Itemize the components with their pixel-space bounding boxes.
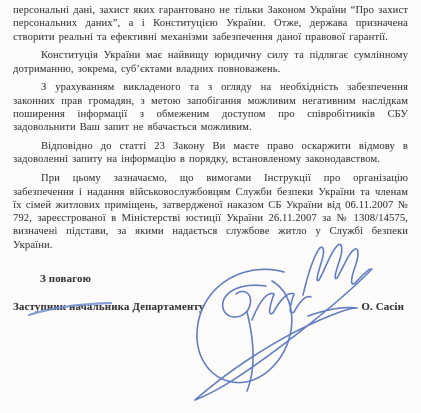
- scanned-letter-page: персональні дані, захист яких гарантован…: [0, 0, 421, 413]
- signer-title: Заступник начальника Департаменту: [13, 301, 204, 313]
- body-paragraph: Конституція України має найвищу юридичну…: [13, 49, 408, 76]
- body-paragraph: З урахуванням викладеного та з огляду на…: [13, 81, 408, 134]
- salutation: З повагою: [40, 273, 408, 285]
- signature-block: Заступник начальника Департаменту О. Сас…: [13, 301, 408, 313]
- letter-body: персональні дані, захист яких гарантован…: [13, 0, 408, 313]
- body-paragraph: При цьому зазначаємо, що вимогами Інстру…: [13, 172, 408, 252]
- body-paragraph: Відповідно до статті 23 Закону Ви маєте …: [13, 140, 408, 167]
- body-paragraph: персональні дані, захист яких гарантован…: [13, 4, 408, 44]
- signer-name: О. Сасін: [361, 301, 404, 313]
